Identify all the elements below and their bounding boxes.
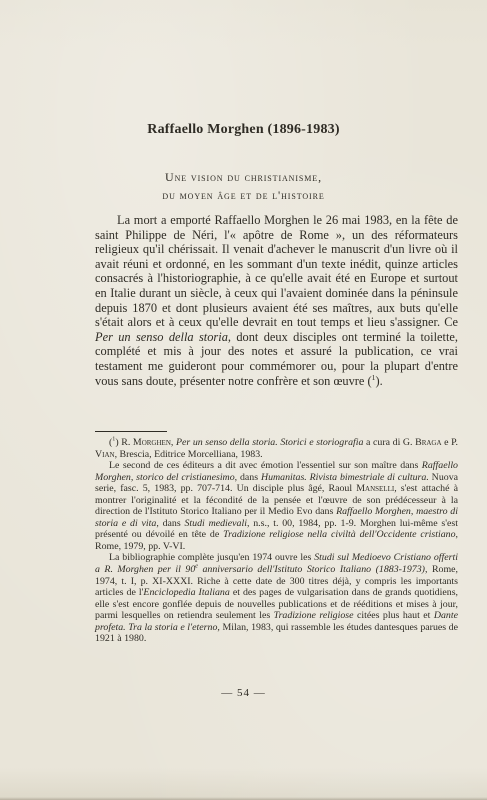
- footnotes-block: (1) R. Morghen, Per un senso della stori…: [95, 437, 458, 645]
- page-number: — 54 —: [0, 687, 487, 699]
- footnote-paragraph-1: (1) R. Morghen, Per un senso della stori…: [95, 437, 458, 460]
- main-paragraph: La mort a emporté Raffaello Morghen le 2…: [95, 213, 458, 388]
- footnote-separator: [95, 431, 167, 432]
- subtitle-line-2: du moyen âge et de l'histoire: [0, 187, 487, 205]
- footnote-paragraph-3: La bibliographie complète jusqu'en 1974 …: [95, 552, 458, 644]
- subtitle-line-1: Une vision du christianisme,: [0, 169, 487, 187]
- scanned-book-page: Raffaello Morghen (1896-1983) Une vision…: [0, 0, 487, 800]
- article-subtitle: Une vision du christianisme, du moyen âg…: [0, 169, 487, 204]
- footnote-paragraph-2: Le second de ces éditeurs a dit avec émo…: [95, 460, 458, 552]
- article-title: Raffaello Morghen (1896-1983): [0, 122, 487, 138]
